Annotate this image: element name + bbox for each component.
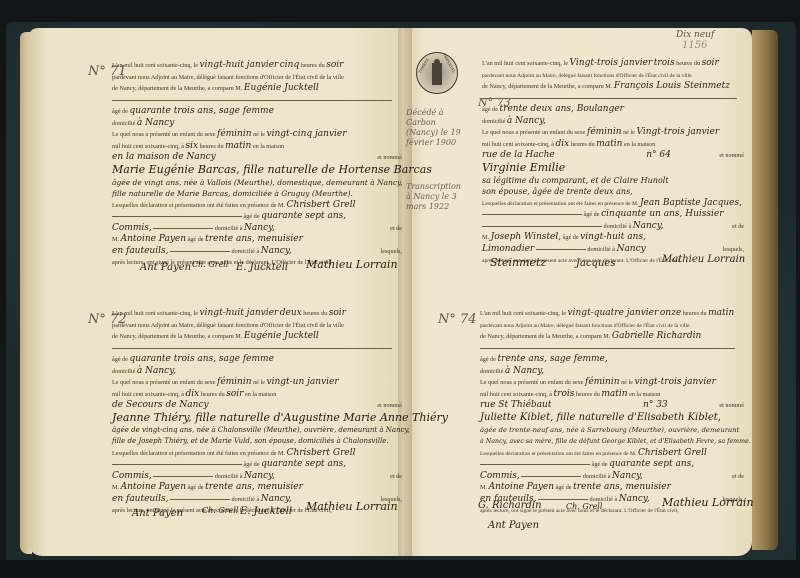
- printed-text: âgé de: [556, 484, 572, 491]
- printed-text: Lesquelles déclaration et présentation o…: [112, 450, 285, 457]
- birth-hour: dix: [556, 139, 570, 149]
- mother-details: sa légitime du comparant, et de Claire H…: [482, 176, 669, 185]
- printed-text: heures du: [676, 60, 700, 67]
- record-date: vingt-huit janvier: [200, 60, 279, 70]
- printed-text: heures du: [683, 310, 707, 317]
- witness2-name: Antoine Payen: [489, 482, 554, 492]
- printed-text: âgé de: [480, 356, 496, 363]
- printed-text: en la maison: [629, 391, 660, 398]
- corner-annotation-sub: 1156: [682, 40, 714, 51]
- printed-text: de Nancy, département de la Meurthe, a c…: [480, 333, 610, 340]
- record-period: soir: [702, 58, 719, 68]
- witness1-age: quarante sept ans,: [261, 211, 346, 221]
- printed-text: et de: [390, 223, 402, 235]
- printed-text: Lesquelles déclaration et présentation o…: [480, 451, 636, 457]
- birth-hour: dix: [186, 389, 200, 399]
- printed-text: âgé de: [244, 213, 260, 220]
- witness1-domicile: Nancy,: [244, 223, 275, 233]
- birth-house: rue de la Hache: [482, 150, 555, 160]
- birth-hour: trois: [554, 389, 575, 399]
- child-name: Virginie Emilie: [482, 161, 565, 174]
- record-73: L'an mil huit cent soixante-cinq, le Vin…: [482, 58, 744, 267]
- birth-period: soir: [226, 389, 243, 399]
- birth-date: vingt-un janvier: [266, 377, 338, 387]
- witness1-occupation: Commis,: [480, 471, 520, 481]
- signature: Ant Payen: [488, 520, 539, 531]
- birth-house: rue St Thiébaut: [480, 400, 551, 410]
- witness2-occupation: Limonadier: [482, 244, 534, 254]
- printed-text: domicilié: [482, 118, 505, 125]
- corner-annotation-text: Dix neuf: [676, 30, 714, 40]
- witness2-age: vingt-huit ans,: [580, 232, 646, 242]
- witness2-domicile: Nancy,: [619, 494, 650, 504]
- printed-text: heures du: [201, 391, 225, 398]
- signature: Ch. Grell: [566, 502, 602, 511]
- printed-text: domicilié à: [215, 473, 243, 480]
- child-name: Marie Eugénie Barcas, fille naturelle de…: [112, 163, 432, 176]
- printed-text: en la maison: [253, 143, 284, 150]
- witness1-domicile: Nancy,: [633, 221, 664, 231]
- printed-text: âgé de: [188, 484, 204, 491]
- printed-text: âgé de: [563, 234, 579, 241]
- printed-text: et de: [390, 471, 402, 483]
- printed-text: lesquels,: [381, 246, 402, 258]
- printed-text: de Nancy, département de la Meurthe, a c…: [112, 85, 242, 92]
- child-name: Jeanne Thiéry, fille naturelle d'Augusti…: [112, 411, 448, 424]
- printed-text: pardevant nous Adjoint au Maire, délégué…: [112, 74, 344, 81]
- printed-text: mil huit cent soixante-cinq, à: [482, 141, 554, 148]
- birth-house: de Secours de Nancy: [112, 400, 209, 410]
- printed-text: heures du: [303, 310, 327, 317]
- declarant-domicile: à Nancy,: [505, 366, 544, 376]
- mother-details: âgée de trente-neuf ans, née à Sarrebour…: [480, 426, 739, 434]
- witness1-age: cinquante un ans, Huissier: [601, 209, 723, 219]
- printed-text: mil huit cent soixante-cinq, à: [112, 391, 184, 398]
- birth-house: en la maison de Nancy: [112, 152, 216, 162]
- printed-text: et de: [732, 221, 744, 233]
- witness2-domicile: Nancy: [617, 244, 646, 254]
- witness1-name: Jean Baptiste Jacques,: [640, 198, 742, 208]
- printed-text: domicilié à: [583, 473, 611, 480]
- birth-date: vingt-trois janvier: [634, 377, 715, 387]
- declarant-domicile: à Nancy,: [507, 116, 546, 126]
- printed-text: Le quel nous a présenté un enfant du sex…: [480, 379, 583, 386]
- printed-text: né le: [623, 129, 635, 136]
- birth-hour: six: [186, 141, 199, 151]
- record-date: Vingt-trois janvier: [570, 58, 653, 68]
- child-sex: féminin: [217, 377, 252, 387]
- mother-details: fille naturelle de Marie Barcas, domicil…: [112, 189, 353, 198]
- birth-date: Vingt-trois janvier: [636, 127, 719, 137]
- printed-text: heures du: [200, 143, 224, 150]
- mother-details: à Nancy, avec sa mère, fille de défunt G…: [480, 438, 751, 445]
- printed-text: âgé de: [584, 211, 600, 218]
- printed-text: né le: [621, 379, 633, 386]
- witness2-name: Joseph Winstel,: [491, 232, 561, 242]
- printed-text: heures du: [571, 141, 595, 148]
- witness1-name: Chrisbert Grell: [638, 448, 707, 458]
- signature: G. Richardin: [478, 500, 542, 511]
- corner-annotation: Dix neuf 1156: [676, 30, 714, 51]
- signature: Mathieu Lorrain: [306, 258, 398, 271]
- printed-text: né le: [253, 131, 265, 138]
- child-sex: féminin: [587, 127, 622, 137]
- witness1-age: quarante sept ans,: [261, 459, 346, 469]
- printed-text: heures du: [576, 391, 600, 398]
- printed-text: et nommé: [719, 400, 744, 412]
- declarant-name: Gabrielle Richardin: [612, 331, 701, 341]
- witness1-name: Chrisbert Grell: [287, 200, 356, 210]
- printed-text: M.: [480, 484, 487, 491]
- printed-text: domicilié: [480, 368, 503, 375]
- record-period: matin: [708, 308, 734, 318]
- signature: Mathieu Lorrain: [306, 500, 398, 513]
- record-hour: deux: [280, 308, 302, 318]
- declarant-name: François Louis Steinmetz: [614, 81, 730, 91]
- witness1-occupation: Commis,: [112, 223, 152, 233]
- printed-text: en la maison: [245, 391, 276, 398]
- printed-text: en la maison: [624, 141, 655, 148]
- printed-text: domicilié à: [604, 223, 632, 230]
- signature: Mathieu Lorrain: [662, 254, 745, 265]
- mother-details: âgée de vingt ans, née à Vallois (Meurth…: [112, 178, 403, 187]
- signature: Ch. Grell: [192, 260, 228, 269]
- record-hour: trois: [654, 58, 675, 68]
- printed-text: Le quel nous a présenté un enfant du sex…: [482, 129, 585, 136]
- witness2-name: Antoine Payen: [121, 482, 186, 492]
- signature: Ch. Grell: [202, 506, 238, 515]
- witness2-age: trente ans, menuisier: [205, 234, 303, 244]
- record-hour: cinq: [280, 60, 299, 70]
- record-number: N° 74: [438, 312, 477, 327]
- signature: Ant Payen: [140, 262, 191, 273]
- printed-text: Le quel nous a présenté un enfant du sex…: [112, 131, 215, 138]
- mother-details: son épouse, âgée de trente deux ans,: [482, 187, 633, 196]
- witness2-domicile: Nancy,: [261, 494, 292, 504]
- printed-text: de Nancy, département de la Meurthe, a c…: [112, 333, 242, 340]
- record-date: vingt-quatre janvier: [568, 308, 659, 318]
- scan-background: [0, 560, 800, 578]
- declarant-domicile: à Nancy: [137, 118, 174, 128]
- witness2-age: trente ans, menuisier: [573, 482, 671, 492]
- printed-text: et nommé: [719, 150, 744, 162]
- signature: Mathieu Lorrain: [662, 496, 754, 509]
- printed-text: de Nancy, département de la Meurthe, a c…: [482, 83, 612, 90]
- printed-text: Lesquelles déclaration et présentation o…: [482, 201, 638, 207]
- printed-text: né le: [253, 379, 265, 386]
- record-hour: onze: [660, 308, 681, 318]
- child-sex: féminin: [585, 377, 620, 387]
- printed-text: L'an mil huit cent soixante-cinq, le: [112, 310, 198, 317]
- printed-text: âgé de: [188, 236, 204, 243]
- record-71: L'an mil huit cent soixante-cinq, le vin…: [112, 60, 402, 269]
- margin-note-death: Décédé à Carbon (Nancy) le 19 février 19…: [406, 108, 468, 148]
- margin-note-transcription: Transcription à Nancy le 3 mars 1922: [406, 182, 468, 212]
- witness1-domicile: Nancy,: [244, 471, 275, 481]
- house-number: n° 64: [646, 150, 671, 160]
- birth-date: vingt-cinq janvier: [266, 129, 346, 139]
- printed-text: L'an mil huit cent soixante-cinq, le: [112, 62, 198, 69]
- house-number: n° 33: [643, 400, 668, 410]
- record-74: L'an mil huit cent soixante-cinq, le vin…: [480, 308, 744, 517]
- printed-text: pardevant nous Adjoint au Maire, délégué…: [480, 323, 690, 329]
- birth-period: matin: [225, 141, 251, 151]
- printed-text: Le quel nous a présenté un enfant du sex…: [112, 379, 215, 386]
- printed-text: L'an mil huit cent soixante-cinq, le: [482, 60, 568, 67]
- birth-period: matin: [596, 139, 622, 149]
- child-sex: féminin: [217, 129, 252, 139]
- printed-text: domicilié à: [215, 225, 243, 232]
- printed-text: L'an mil huit cent soixante-cinq, le: [480, 310, 566, 317]
- witness2-age: trente ans, menuisier: [205, 482, 303, 492]
- printed-text: mil huit cent soixante-cinq, à: [112, 143, 184, 150]
- printed-text: heures du: [301, 62, 325, 69]
- signature: Ant Payen: [132, 508, 183, 519]
- printed-text: domicilié à: [587, 246, 615, 253]
- signature: E. Jucktell: [240, 506, 292, 517]
- printed-text: domicilié: [112, 120, 135, 127]
- signature: Steinmetz: [490, 256, 546, 269]
- signature: Jacques: [576, 258, 615, 269]
- child-name: Juliette Kiblet, fille naturelle d'Elisa…: [480, 412, 721, 423]
- witness2-name: Antoine Payen: [121, 234, 186, 244]
- printed-text: domicilié à: [232, 248, 260, 255]
- tax-stamp-icon: TIMBRE IMPERIAL: [416, 52, 458, 94]
- witness2-occupation: en fauteuils,: [112, 246, 168, 256]
- printed-text: domicilié: [112, 368, 135, 375]
- declarant-age: quarante trois ans, sage femme: [130, 354, 274, 364]
- printed-text: Lesquelles déclaration et présentation o…: [112, 202, 285, 209]
- declarant-age: trente deux ans, Boulanger: [500, 104, 624, 114]
- witness1-domicile: Nancy,: [612, 471, 643, 481]
- witness1-age: quarante sept ans,: [609, 459, 694, 469]
- declarant-age: trente ans, sage femme,: [498, 354, 608, 364]
- printed-text: M.: [112, 484, 119, 491]
- printed-text: domicilié à: [232, 496, 260, 503]
- printed-text: âgé de: [482, 106, 498, 113]
- declarant-domicile: à Nancy,: [137, 366, 176, 376]
- printed-text: et de: [732, 471, 744, 483]
- witness2-occupation: en fauteuils,: [112, 494, 168, 504]
- printed-text: pardevant nous Adjoint au Maire, délégué…: [112, 322, 344, 329]
- birth-period: matin: [601, 389, 627, 399]
- printed-text: M.: [112, 236, 119, 243]
- printed-text: âgé de: [112, 356, 128, 363]
- witness1-occupation: Commis,: [112, 471, 152, 481]
- printed-text: M.: [482, 234, 489, 241]
- signature: E. Jucktell: [236, 262, 288, 273]
- mother-details: fille de Joseph Thiéry, et de Marie Vuld…: [112, 437, 389, 445]
- printed-text: mil huit cent soixante-cinq, à: [480, 391, 552, 398]
- printed-text: âgé de: [592, 461, 608, 468]
- record-72: L'an mil huit cent soixante-cinq, le vin…: [112, 308, 402, 517]
- stamp-figure-icon: [417, 53, 457, 93]
- printed-text: pardevant nous Adjoint au Maire, délégué…: [482, 73, 692, 79]
- printed-text: âgé de: [112, 108, 128, 115]
- right-page-edges: [752, 30, 778, 550]
- mother-details: âgée de vingt-cinq ans, née à Chalonsvil…: [112, 426, 410, 434]
- declarant-age: quarante trois ans, sage femme: [130, 106, 274, 116]
- record-date: vingt-huit janvier: [200, 308, 279, 318]
- declarant-name: Eugénie Jucktell: [244, 331, 319, 341]
- witness1-name: Chrisbert Grell: [287, 448, 356, 458]
- witness2-domicile: Nancy,: [261, 246, 292, 256]
- record-period: soir: [329, 308, 346, 318]
- declarant-name: Eugénie Jucktell: [244, 83, 319, 93]
- record-period: soir: [326, 60, 343, 70]
- printed-text: âgé de: [244, 461, 260, 468]
